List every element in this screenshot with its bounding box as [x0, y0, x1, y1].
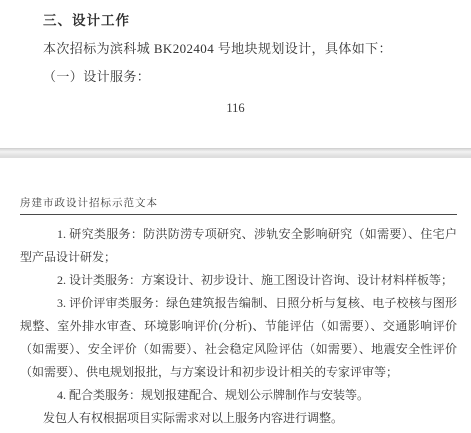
list-item-research-services: 1. 研究类服务：防洪防涝专项研究、涉轨安全影响研究（如需要）、住宅户型产品设计…: [20, 223, 457, 269]
section-heading: 三、设计工作: [43, 9, 455, 29]
list-item-support-services: 4. 配合类服务：规划报建配合、规划公示牌制作与安装等。: [20, 384, 457, 407]
subsection-line: （一）设计服务：: [43, 66, 455, 85]
list-item-evaluation-services: 3. 评价评审类服务：绿色建筑报告编制、日照分析与复核、电子校核与图形规整、室外…: [20, 292, 457, 384]
intro-line: 本次招标为滨科城 BK202404 号地块规划设计，具体如下：: [43, 38, 455, 57]
page2-section: 房建市政设计招标示范文本 1. 研究类服务：防洪防涝专项研究、涉轨安全影响研究（…: [0, 195, 471, 430]
list-item-design-services: 2. 设计类服务：方案设计、初步设计、施工图设计咨询、设计材料样板等；: [20, 269, 457, 292]
page-break-divider: [0, 148, 471, 158]
page2-body: 1. 研究类服务：防洪防涝专项研究、涉轨安全影响研究（如需要）、住宅户型产品设计…: [20, 223, 457, 430]
running-header: 房建市政设计招标示范文本: [20, 195, 457, 215]
document-view: 三、设计工作 本次招标为滨科城 BK202404 号地块规划设计，具体如下： （…: [0, 0, 471, 433]
closing-paragraph: 发包人有权根据项目实际需求对以上服务内容进行调整。: [20, 407, 457, 430]
page1-section: 三、设计工作 本次招标为滨科城 BK202404 号地块规划设计，具体如下： （…: [0, 0, 471, 148]
page-number: 116: [0, 101, 471, 116]
